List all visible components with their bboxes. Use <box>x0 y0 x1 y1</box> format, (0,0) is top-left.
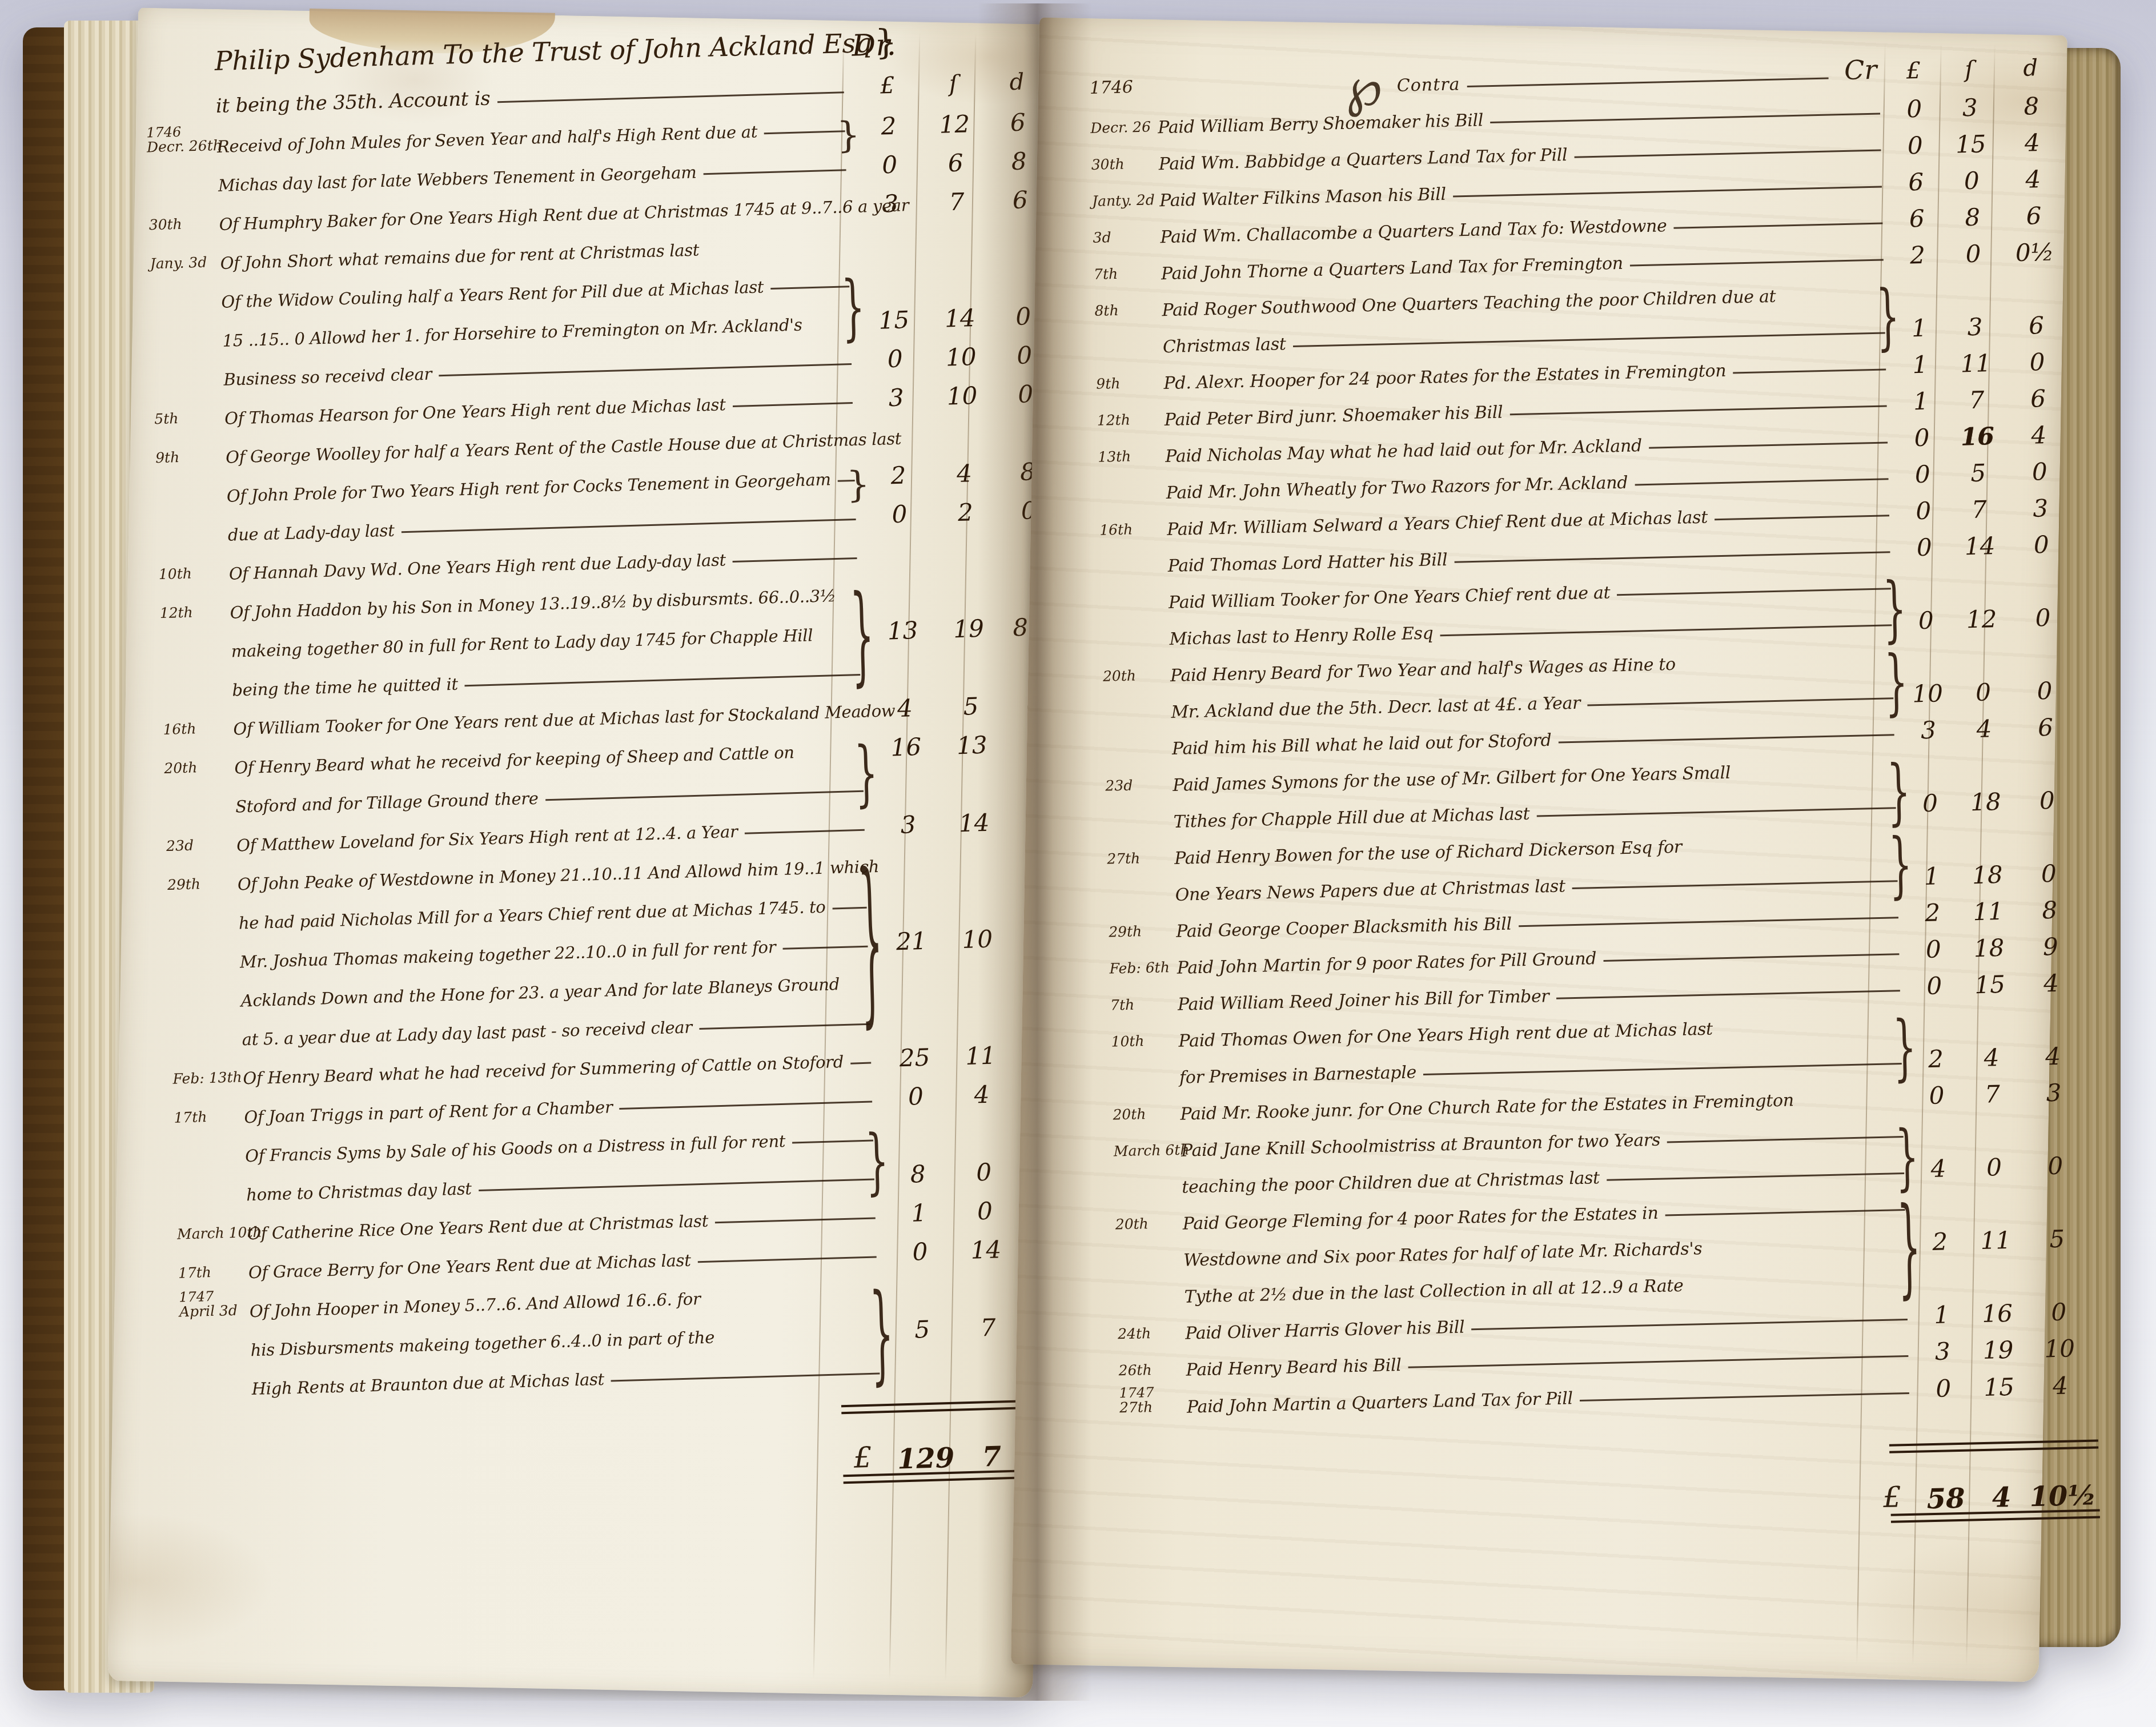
entry-date: 9th <box>154 449 226 473</box>
amount-pence: 0 <box>2010 676 2079 708</box>
amount-shillings: 7 <box>960 1313 1017 1345</box>
amount-pence: 3 <box>2006 493 2075 525</box>
amount-shillings: 14 <box>946 808 1002 840</box>
entry-day: 9th <box>155 449 226 465</box>
right-page-handwriting: 1746 ℘ Contra Cr £ ſ d Decr. 26Paid Will… <box>1087 30 2098 1536</box>
amount-shillings: 5 <box>942 692 999 724</box>
entry-day: 23d <box>1105 777 1173 794</box>
entry-date: 7th <box>1093 266 1162 290</box>
entry-day: Decr. 26th <box>147 138 218 155</box>
amount-shillings: 7 <box>929 187 985 219</box>
amount-pounds: 0 <box>1886 131 1944 162</box>
amount-pounds: 0 <box>1896 533 1953 564</box>
entry-day: 27th <box>1119 1399 1187 1416</box>
amount-pence: 10 <box>2025 1334 2094 1366</box>
photo-scene: Philip Sydenham To the Trust of John Ack… <box>0 0 2156 1727</box>
entry-day: Decr. 26 <box>1090 119 1158 136</box>
ruled-filler-line <box>1635 478 1888 485</box>
ledger-right-page: 1746 ℘ Contra Cr £ ſ d Decr. 26Paid Will… <box>1011 18 2067 1682</box>
amount-pounds: 8 <box>880 1159 956 1192</box>
ruled-filler-line <box>1603 953 1899 962</box>
amount-shillings: 4 <box>1964 1043 2019 1074</box>
ruled-filler-line <box>465 674 860 686</box>
entry-date: 23d <box>165 837 237 862</box>
amount-shillings: 10 <box>949 925 1006 957</box>
amount-pence: 4 <box>1998 164 2067 196</box>
ruled-filler-line <box>1556 990 1900 999</box>
amount-pence: 0 <box>2007 530 2076 562</box>
ruled-filler-line <box>1665 1209 1905 1216</box>
ruled-filler-line <box>1471 1319 1908 1330</box>
amount-pence: 0 <box>2021 1151 2090 1183</box>
entry-date: 17th <box>177 1264 249 1288</box>
entry-date: 17th <box>172 1109 244 1133</box>
entry-text: Paid Henry Beard his Bill <box>1186 1355 1402 1380</box>
entry-date: Jany. 3d <box>148 255 220 279</box>
amount-pounds: 5 <box>884 1314 961 1347</box>
amount-pence: 4 <box>2018 1042 2087 1074</box>
amount-shillings <box>962 1380 1018 1384</box>
entry-day: 10th <box>158 565 229 582</box>
ruled-filler-line <box>1490 113 1880 123</box>
amount-pence: 4 <box>2017 969 2086 1001</box>
amount-pence: 9 <box>2016 932 2085 964</box>
ruled-filler-line <box>733 402 853 407</box>
entry-text: Paid George Cooper Blacksmith his Bill <box>1176 914 1512 942</box>
entry-text: One Years News Papers due at Christmas l… <box>1175 876 1565 905</box>
amount-pounds: 6 <box>1888 204 1946 235</box>
amount-pounds: 4 <box>1909 1154 1967 1186</box>
entry-day: 20th <box>1113 1106 1181 1123</box>
ruled-filler-line <box>1454 551 1890 563</box>
ruled-filler-line <box>715 1218 876 1224</box>
amount-shillings: 14 <box>932 303 988 335</box>
amount-pence: 4 <box>2026 1371 2095 1403</box>
entry-day: 20th <box>1103 668 1171 684</box>
entry-day: Feb: 6th <box>1109 960 1177 977</box>
entry-text: High Rents at Braunton due at Michas las… <box>251 1369 604 1399</box>
shillings-column-header: ſ <box>925 70 982 103</box>
amount-pounds: 2 <box>1889 240 1946 272</box>
amount-pounds: 0 <box>1897 606 1955 637</box>
amount-pounds: 2 <box>850 111 927 143</box>
ruled-filler-line <box>1715 515 1889 520</box>
ruled-filler-line <box>1519 917 1898 927</box>
amount-shillings: 4 <box>1957 714 2012 746</box>
amount-pounds: 0 <box>857 344 933 376</box>
amount-shillings: 14 <box>958 1235 1014 1267</box>
entry-day: 3d <box>1093 229 1161 246</box>
entry-text: Paid Wm. Babbidge a Quarters Land Tax fo… <box>1158 145 1567 174</box>
amount-pence: 0 <box>2013 786 2082 818</box>
ruled-filler-line <box>619 1101 872 1110</box>
ruled-filler-line <box>850 1062 871 1065</box>
entry-text: home to Christmas day last <box>246 1179 472 1204</box>
amount-pounds: 3 <box>1900 716 1957 747</box>
ruled-filler-line <box>1572 880 1898 889</box>
amount-pounds: 2 <box>1907 1045 1965 1076</box>
amount-pounds: 3 <box>1914 1336 1972 1368</box>
ruled-filler-line <box>402 519 856 533</box>
ruled-filler-line <box>1440 624 1892 636</box>
entry-day: 29th <box>167 875 238 892</box>
amount-pence: 6 <box>2002 311 2071 343</box>
entry-date: 20th <box>1111 1106 1181 1131</box>
amount-shillings: 19 <box>1971 1335 2026 1367</box>
entry-date: 24th <box>1117 1326 1186 1350</box>
amount-shillings: 18 <box>1962 934 2017 965</box>
amount-pounds: 1 <box>1892 387 1950 418</box>
amount-pence: 6 <box>2004 384 2073 416</box>
entry-day: 24th <box>1118 1326 1186 1342</box>
entry-date: 12th <box>158 604 230 629</box>
entry-text: Michas last to Henry Rolle Esq <box>1169 624 1434 649</box>
amount-pounds: 2 <box>1904 898 1961 930</box>
entry-date: 16th <box>1098 521 1167 546</box>
pen-flourish-ornament: ℘ <box>1345 70 1383 105</box>
amount-pounds: 21 <box>873 926 950 959</box>
amount-shillings: 4 <box>953 1080 1010 1112</box>
amount-shillings: 0 <box>1956 678 2011 709</box>
amount-shillings: 16 <box>1970 1299 2025 1330</box>
entry-text: Paid Peter Bird junr. Shoemaker his Bill <box>1164 403 1503 430</box>
amount-shillings: 15 <box>1962 970 2017 1001</box>
entry-day: 20th <box>1115 1216 1183 1232</box>
ruled-filler-line <box>1667 1136 1904 1143</box>
ruled-filler-line <box>1674 222 1883 228</box>
amount-pounds: 1 <box>881 1198 957 1231</box>
entry-year: 1747 <box>1119 1385 1187 1401</box>
amount-shillings: 5 <box>1951 459 2006 490</box>
entry-date: 7th <box>1109 997 1178 1021</box>
amount-pence: 4 <box>2004 420 2073 452</box>
entry-day: Janty. 2d <box>1092 192 1160 209</box>
entry-date: 9th <box>1095 375 1164 400</box>
entry-day: 16th <box>163 721 234 737</box>
amount-pounds: 10 <box>1899 679 1957 710</box>
entry-date: 20th <box>163 760 235 784</box>
ruled-filler-line <box>764 130 845 134</box>
ruled-filler-line <box>1408 1355 1909 1368</box>
amount-pounds: 0 <box>1905 935 1962 966</box>
pound-sign: £ <box>853 1441 872 1475</box>
amount-shillings: 7 <box>1949 385 2004 417</box>
amount-pounds: 0 <box>1885 94 1943 126</box>
entry-date: 174727th <box>1118 1385 1187 1424</box>
entry-date: 29th <box>166 875 238 900</box>
left-page-handwriting: Philip Sydenham To the Trust of John Ack… <box>142 5 1091 1497</box>
shillings-column-header: ſ <box>1942 56 1997 88</box>
credit-entries: Decr. 26Paid William Berry Shoemaker his… <box>1089 85 2095 1423</box>
amount-shillings: 11 <box>952 1041 1009 1073</box>
entry-date: 26th <box>1117 1362 1186 1387</box>
entry-day: 17th <box>174 1109 244 1125</box>
amount-shillings: 19 <box>940 614 997 646</box>
amount-pounds: 0 <box>882 1237 958 1270</box>
amount-pounds: 25 <box>876 1043 953 1075</box>
amount-pounds: 15 <box>856 305 932 338</box>
entry-text: Paid John Martin for 9 poor Rates for Pi… <box>1177 949 1596 978</box>
amount-shillings: 3 <box>1942 93 1997 124</box>
pence-column-header: d <box>1996 54 2065 87</box>
ruled-filler-line <box>698 1256 877 1263</box>
entry-date: Feb: 13th <box>171 1070 243 1094</box>
amount-shillings: 15 <box>1944 130 1998 161</box>
ledger-book: Philip Sydenham To the Trust of John Ack… <box>23 3 2125 1701</box>
entry-text: Paid him his Bill what he laid out for S… <box>1172 730 1552 759</box>
ruled-filler-line <box>733 557 857 563</box>
total-label: £ <box>1189 1480 1918 1535</box>
amount-shillings: 0 <box>1944 166 1999 198</box>
ruled-filler-line <box>699 1023 870 1030</box>
entry-date: Feb: 6th <box>1108 960 1177 985</box>
amount-shillings: 0 <box>955 1158 1012 1190</box>
entry-day: 7th <box>1110 997 1178 1013</box>
amount-shillings: 18 <box>1958 788 2013 819</box>
ruled-filler-line <box>1617 588 1891 596</box>
debit-entries: 1746Decr. 26thReceivd of John Mules for … <box>145 99 1089 1405</box>
entry-date: 29th <box>1107 923 1177 948</box>
amount-shillings: 2 <box>937 497 994 529</box>
entry-day: 12th <box>1097 412 1165 428</box>
amount-shillings: 3 <box>1948 312 2002 344</box>
amount-pounds: 0 <box>1893 423 1950 455</box>
ruled-filler-line <box>770 286 849 290</box>
amount-shillings: 15 <box>1972 1372 2026 1404</box>
ruled-filler-line <box>1536 807 1896 817</box>
amount-shillings: 10 <box>934 381 990 413</box>
amount-shillings: 12 <box>926 110 983 142</box>
ruled-filler-line <box>1423 1063 1902 1075</box>
entry-date: 20th <box>1102 668 1171 692</box>
entry-day: Jany. 3d <box>150 255 220 271</box>
entry-day: Feb: 13th <box>172 1070 243 1086</box>
entry-day: 16th <box>1099 521 1167 538</box>
ruled-filler-line <box>611 1372 880 1381</box>
amount-pence: 8 <box>1997 91 2066 123</box>
entry-date: 10th <box>1110 1033 1179 1058</box>
ruled-filler-line <box>1559 734 1894 743</box>
amount-pounds: 3 <box>870 810 946 842</box>
entry-text: due at Lady-day last <box>227 521 394 545</box>
amount-pounds: 0 <box>1905 971 1963 1003</box>
amount-pence: 0 <box>2024 1298 2093 1330</box>
amount-shillings: 11 <box>1961 897 2016 929</box>
entry-text: Paid Walter Filkins Mason his Bill <box>1159 184 1447 211</box>
entry-date: 12th <box>1096 412 1165 436</box>
amount-pounds: 1 <box>1903 862 1961 893</box>
entry-description: High Rents at Braunton due at Michas las… <box>251 1361 886 1403</box>
entry-day: 7th <box>1094 266 1162 282</box>
entry-day: 10th <box>1111 1033 1179 1050</box>
ruled-filler-line <box>1580 1392 1909 1401</box>
entry-day: 9th <box>1096 375 1164 392</box>
entry-date: 30th <box>1090 156 1159 180</box>
amount-pounds: 0 <box>1894 460 1952 491</box>
debit-total: £ 129 7 2½ <box>182 1404 1091 1497</box>
amount-shillings: 13 <box>943 730 1000 762</box>
amount-shillings: 14 <box>1953 532 2008 563</box>
entry-date <box>180 1395 252 1405</box>
entry-text: Mr. Ackland due the 5th. Decr. last at 4… <box>1171 693 1580 722</box>
amount-pounds: 1 <box>1913 1300 1970 1331</box>
entry-date: 1747April 3d <box>178 1288 250 1327</box>
entry-day: 5th <box>154 410 225 427</box>
credit-side-label: Cr <box>1844 54 1877 86</box>
amount-shillings: 0 <box>1966 1152 2021 1184</box>
spacer <box>183 1488 255 1497</box>
entry-day: March 6th <box>1114 1143 1182 1159</box>
contra-title: Contra <box>1396 74 1460 96</box>
entry-text: Paid William Reed Joiner his Bill for Ti… <box>1178 986 1549 1015</box>
amount-pounds <box>886 1381 962 1385</box>
amount-pence: 0 <box>2002 347 2071 379</box>
amount-pounds: 0 <box>852 150 928 182</box>
amount-shillings: 16 <box>1950 422 2005 453</box>
entry-date: 3d <box>1091 229 1161 254</box>
entry-text: Paid William Berry Shoemaker his Bill <box>1158 110 1484 138</box>
entry-date: 30th <box>147 216 219 240</box>
entry-date: Janty. 2d <box>1091 192 1160 217</box>
ruled-filler-line <box>1453 186 1882 197</box>
entry-day: 8th <box>1094 302 1162 319</box>
amount-pounds: 3 <box>858 383 934 415</box>
amount-pence: 0 <box>2009 603 2078 635</box>
year-label: 1746 <box>1088 78 1157 107</box>
ruled-filler-line <box>1293 332 1885 347</box>
ruled-filler-line <box>1733 368 1886 373</box>
entry-day: 30th <box>148 216 219 232</box>
ruled-filler-line <box>1587 697 1893 706</box>
entry-date: 16th <box>162 721 234 745</box>
entry-day: 29th <box>1109 923 1177 940</box>
entry-text: Stoford and for Tillage Ground there <box>235 789 539 817</box>
entry-day: March 10th <box>177 1225 248 1242</box>
entry-description: Paid John Martin a Quarters Land Tax for… <box>1187 1381 1916 1422</box>
credit-total: £ 58 4 10½ <box>1119 1445 2097 1536</box>
amount-pounds: 0 <box>861 499 938 532</box>
ruled-filler-line <box>1649 441 1888 448</box>
entry-date: March 10th <box>176 1225 248 1250</box>
entry-date: 8th <box>1093 302 1162 327</box>
entry-date: 13th <box>1097 448 1166 473</box>
entry-text: Business so receivd clear <box>223 364 432 389</box>
amount-shillings: 7 <box>1952 495 2006 527</box>
entry-date: 5th <box>153 410 225 435</box>
entry-text: Christmas last <box>1163 334 1286 357</box>
amount-pounds: 6 <box>1887 167 1945 199</box>
amount-pence: 4 <box>1998 128 2067 160</box>
amount-pounds: 0 <box>877 1082 954 1114</box>
amount-shillings: 18 <box>1960 861 2015 892</box>
ledger-left-page: Philip Sydenham To the Trust of John Ack… <box>107 7 1063 1697</box>
amount-pounds: 1 <box>1891 350 1949 381</box>
ruled-filler-line <box>545 790 864 801</box>
ruled-filler-line <box>1467 78 1829 87</box>
amount-shillings: 0 <box>1946 239 2001 271</box>
entry-text: for Premises in Barnestaple <box>1179 1062 1417 1087</box>
amount-pounds: 16 <box>868 732 944 765</box>
amount-pence: 0 <box>2014 859 2083 891</box>
total-label: £ <box>254 1440 888 1496</box>
amount-pounds: 2 <box>1911 1227 1969 1259</box>
ruled-filler-line <box>1607 1172 1904 1181</box>
entry-date: 27th <box>1106 850 1175 875</box>
entry-day: 27th <box>1107 850 1175 867</box>
amount-shillings: 12 <box>1954 605 2009 636</box>
entry-date: March 6th <box>1113 1143 1182 1167</box>
amount-pence: 8 <box>2015 895 2084 927</box>
entry-date: 20th <box>1114 1216 1183 1240</box>
entry-day: 30th <box>1091 156 1159 172</box>
amount-pence: 6 <box>2000 201 2069 233</box>
amount-shillings: 11 <box>1948 349 2003 380</box>
amount-shillings: 10 <box>933 342 989 374</box>
ruled-filler-line <box>704 169 846 175</box>
amount-pence: 3 <box>2019 1078 2088 1110</box>
ruled-filler-line <box>439 363 852 376</box>
amount-pounds: 1 <box>1890 314 1948 345</box>
entry-date: 10th <box>157 565 229 590</box>
amount-pence: 5 <box>2022 1224 2091 1256</box>
ruled-filler-line <box>745 829 865 834</box>
entry-day: 26th <box>1118 1362 1186 1379</box>
amount-pounds: 0 <box>1908 1081 1966 1112</box>
ruled-filler-line <box>497 91 844 103</box>
ruled-filler-line <box>1630 259 1884 266</box>
ruled-filler-line <box>479 1179 874 1191</box>
amount-pounds: 0 <box>1901 789 1959 820</box>
entry-day: 20th <box>164 760 235 776</box>
brace-ornament: } <box>874 22 897 63</box>
entry-day: 12th <box>159 604 230 621</box>
ruled-filler-line <box>792 1140 873 1144</box>
amount-shillings: 7 <box>1965 1079 2020 1111</box>
amount-pounds: 2 <box>860 460 937 493</box>
entry-text: teaching the poor Children due at Christ… <box>1182 1168 1600 1198</box>
amount-pounds: 13 <box>864 616 941 648</box>
entry-day: 13th <box>1098 448 1166 465</box>
subtitle: it being the 35th. Account is <box>215 87 490 118</box>
entry-date: 1746Decr. 26th <box>145 124 218 163</box>
ruled-filler-line <box>1509 405 1886 415</box>
amount-pence: 6 <box>2011 713 2080 745</box>
amount-pence: 0 <box>2005 457 2074 489</box>
pounds-column-header: £ <box>849 71 926 105</box>
ruled-filler-line <box>782 946 868 950</box>
amount-pounds: 0 <box>1914 1373 1972 1405</box>
ruled-filler-line <box>1574 150 1881 158</box>
spacer <box>1121 1527 1190 1536</box>
amount-pounds: 0 <box>1894 496 1952 528</box>
pounds-column-header: £ <box>1885 57 1942 89</box>
amount-shillings: 4 <box>936 459 993 491</box>
entry-day: 23d <box>166 837 237 854</box>
entry-day: April 3d <box>179 1303 250 1319</box>
amount-shillings: 11 <box>1968 1226 2023 1257</box>
entry-date: 23d <box>1104 777 1173 802</box>
ruled-filler-line <box>833 907 867 910</box>
amount-shillings: 6 <box>928 148 984 180</box>
amount-shillings: 8 <box>1945 203 2000 234</box>
entry-text: Paid Thomas Lord Hatter his Bill <box>1167 550 1447 576</box>
entry-date: Decr. 26 <box>1089 119 1158 144</box>
pound-sign: £ <box>1883 1480 1902 1514</box>
entry-text: being the time he quitted it <box>232 674 458 700</box>
entry-text: Paid Oliver Harris Glover his Bill <box>1185 1318 1465 1344</box>
entry-text: Paid John Martin a Quarters Land Tax for… <box>1187 1388 1573 1417</box>
amount-shillings: 0 <box>957 1196 1013 1228</box>
